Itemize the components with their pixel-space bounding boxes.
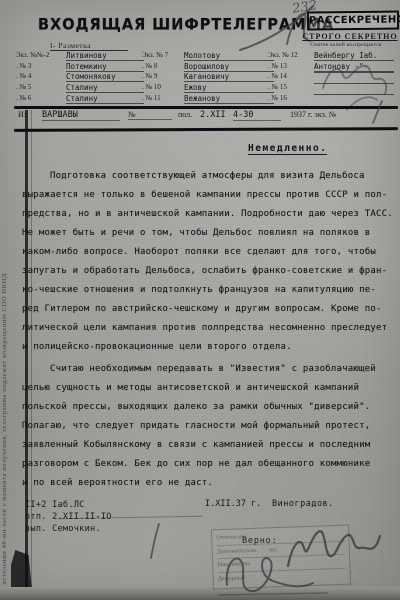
copy-number: . № 16: [268, 94, 314, 102]
body-line: Подготовка соответствующей атмосферы для…: [22, 167, 393, 186]
copy-number: Экз. № 7: [142, 51, 184, 59]
body-paragraph-2: Считаю необходимым передавать в "Извести…: [22, 360, 376, 493]
handwritten-tick: [148, 522, 162, 562]
recipient-row: . № 8Ворошилову: [142, 62, 274, 73]
year-copy-label: 1937 г. экз. №: [290, 110, 336, 119]
copy-number: . № 11: [142, 94, 184, 102]
recipient-row: . № 9Кагановичу: [142, 72, 274, 83]
copy-number: . № 10: [142, 83, 184, 91]
received-date: 2.XII: [200, 110, 226, 120]
body-line: Считаю необходимым передавать в "Извести…: [22, 360, 376, 379]
recipient-name: Сталину: [66, 94, 144, 104]
copy-number: . № 9: [142, 72, 184, 80]
body-line: выражается не только в бешеной кампании …: [22, 186, 393, 205]
recipient-row: Экз. №№-2Литвинову: [16, 51, 144, 62]
copy-number: . № 3: [16, 62, 66, 70]
declassified-stamp: РАССЕКРЕЧЕНО: [307, 11, 399, 31]
recipient-name: Ежову: [184, 83, 274, 93]
urgency-label: Немедленно.: [248, 143, 327, 155]
body-line: разговором с Беком. Бек до сих пор не да…: [22, 455, 376, 474]
copy-number: Экз. № 12: [268, 51, 314, 59]
body-paragraph-1: Подготовка соответствующей атмосферы для…: [22, 167, 393, 357]
classification-label: СТРОГО СЕКРЕТНО: [302, 32, 398, 41]
origin-row: Из ВАРШАВЫ № пол. 2.XII 4-30 1937 г. экз…: [0, 110, 400, 125]
body-line: и по всей вероятности его не даст.: [22, 474, 376, 493]
handwritten-copy-slash: [370, 98, 386, 126]
copy-number: . № 6: [16, 94, 66, 102]
recipient-row: . № 4Стомонякову: [16, 72, 144, 83]
recipient-name: Сталину: [66, 83, 144, 93]
recipient-column-1: Экз. №№-2Литвинову . № 3Потемкину . № 4С…: [16, 51, 144, 104]
recipient-row: . № 3Потемкину: [16, 62, 144, 73]
copy-number: . № 8: [142, 62, 184, 70]
divider-rule-top: [14, 106, 398, 109]
received-label: пол.: [178, 110, 192, 119]
origin-city: ВАРШАВЫ: [42, 110, 120, 121]
recipient-name: Молотову: [184, 51, 274, 61]
recipient-row: . № 6Сталину: [16, 94, 144, 105]
copy-number: . № 4: [16, 72, 66, 80]
secondary-signature: [215, 545, 340, 600]
recipient-row: . № 10Ежову: [142, 83, 274, 94]
footer-ref-line: вып. Семочкин.: [25, 523, 112, 535]
telegram-scan-page: По истечении 48-ми часов с момента получ…: [0, 0, 400, 600]
copy-number: . № 13: [268, 62, 314, 70]
divider-rule-bottom: [14, 127, 398, 132]
body-line: польской прессы, выходящих далеко за рам…: [22, 398, 376, 417]
copy-number: . № 15: [268, 83, 314, 91]
body-line: запугать и обработать Дельбоса, ослабить…: [22, 262, 393, 281]
recipient-name: Потемкину: [66, 62, 144, 72]
body-line: литической цели кампания против полпредс…: [22, 319, 393, 338]
copy-number: . № 5: [16, 83, 66, 91]
recipient-name: Стомонякову: [66, 72, 144, 82]
return-notice-vertical: По истечении 48-ми часов с момента получ…: [1, 96, 8, 596]
number-label: №: [128, 110, 172, 120]
recipient-name: Вежанову: [184, 94, 274, 104]
scan-bottom-edge: [0, 587, 400, 600]
recipient-name: Литвинову: [66, 51, 144, 61]
copy-restriction-label: Снятие копий воспрещается: [295, 42, 397, 48]
section-label: I- Разметка: [50, 41, 128, 51]
copy-number: Экз. №№-2: [16, 51, 66, 59]
body-line: Не может быть и речи о том, чтобы Дельбо…: [22, 224, 393, 243]
signer-name: Виноградов.: [272, 499, 334, 509]
body-line: целью сущность и методы антисоветской и …: [22, 379, 376, 398]
recipient-name: Ворошилову: [184, 62, 274, 72]
signature-date: I.XII.37 г.: [205, 499, 261, 509]
recipient-row: . № 5Сталину: [16, 83, 144, 94]
body-line: ко-чешские отношения и подтолкнуть франц…: [22, 281, 393, 300]
copy-number: . № 14: [268, 72, 314, 80]
footer-ref-line: II+2 Iаб.ЛС: [25, 499, 112, 511]
recipient-row: . № 11Вежанову: [142, 94, 274, 105]
body-line: заявленный Кобылянскому в связи с кампан…: [22, 436, 376, 455]
recipient-row: Экз. № 7Молотову: [142, 51, 274, 62]
body-line: предства, но и в античешской кампании. П…: [22, 205, 393, 224]
received-time: 4-30: [233, 110, 281, 121]
recipient-column-2: Экз. № 7Молотову . № 8Ворошилову . № 9Ка…: [142, 51, 274, 104]
from-label: Из: [18, 110, 27, 119]
body-line: и полицейско-провокационные цели второго…: [22, 338, 393, 357]
body-line: каком-либо вопросе. Наоборот поляки все …: [22, 243, 393, 262]
recipient-name: Кагановичу: [184, 72, 274, 82]
body-line: ред Гитлером по австрийско-чешскому и др…: [22, 300, 393, 319]
body-line: Полагаю, что следует придать гласности м…: [22, 417, 376, 436]
